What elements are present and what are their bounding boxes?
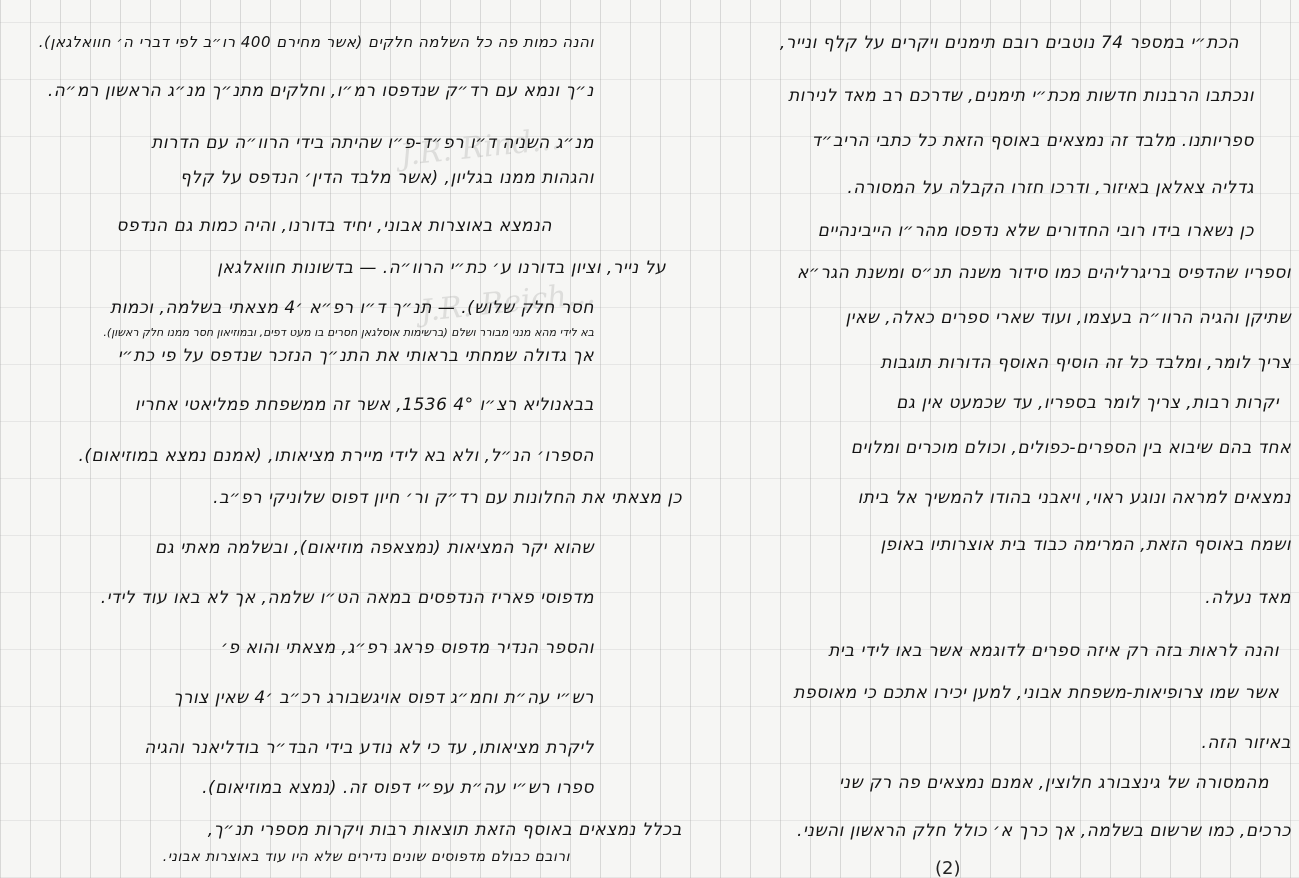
manuscript-line: אשר שמו צרופיאות-משפחת אבוני, למען יכירו… (793, 685, 1279, 702)
manuscript-line: שתיקן והגיה הרוו״ה בעצמו, ועוד שארי ספרי… (846, 310, 1291, 327)
manuscript-line: שהוא יקר המציאות (נמצאפה מוזיאום), ובשלמ… (155, 540, 594, 557)
left-page: J.R. Rind... J.R. Reich... והנה כמות פה … (0, 0, 690, 878)
manuscript-line: הנמצא באוצרות אבוני, יחיד בדורנו, והיה כ… (116, 218, 552, 235)
manuscript-line: יקרות רבות, צריך לומר בספריו, עד שכמעט א… (896, 395, 1279, 412)
manuscript-line: חסר חלק שלוש). — תנ״ך ד״ו רפ״א ׳4 מצאתי … (110, 300, 594, 317)
manuscript-line: הכת״י במספר 74 נוטבים רובם תימנים ויקרים… (780, 35, 1239, 52)
manuscript-line: מהמסורה של גינצבורג חלוצין, אמנם נמצאים … (839, 775, 1269, 792)
manuscript-line: ונכתבו הרבנות חדשות מכת״י תימנים, שדרכם … (788, 88, 1254, 105)
manuscript-line: נמצאים למראה ונוגע ראוי, ויאבני בהודו לה… (858, 490, 1291, 507)
manuscript-line: ליקרת מציאותו, עד כי לא נודע בידי הבד״ר … (144, 740, 594, 757)
manuscript-line: ורובם כבולם מדפוסים שונים נדירים שלא היו… (163, 850, 570, 864)
manuscript-line: אחד בהם שיבוא בין הספרים-כפולים, וכולם מ… (851, 440, 1291, 457)
manuscript-line: כן נשארו בידו רובי החדורים שלא נדפסו מהר… (818, 223, 1254, 240)
manuscript-line: מדפוסי פאריז הנדפסים במאה הט״ו שלמה, אך … (101, 590, 594, 607)
manuscript-line: רש״י עה״ת וחמ״ג דפוס אויגשבורג רכ״ב ׳4 ש… (173, 690, 594, 707)
manuscript-line: ספרו רש״י עה״ת עפ״י דפוס זה. (נמצא במוזי… (202, 780, 594, 797)
manuscript-line: בבאנוליא רצ״ו 4° 1536, אשר זה ממשפחת פמל… (135, 397, 594, 414)
manuscript-line-small: בא לידי מהא מנני מבורר ושלם (ברשימות אוס… (103, 327, 594, 338)
manuscript-line: מאד נעלה. (1205, 590, 1291, 607)
manuscript-line: כרכים, כמו שרשום בשלמה, אך כרך א׳ כולל ח… (797, 823, 1291, 840)
manuscript-line: ושמח באוסף הזאת, המרימה כבוד בית אוצרותי… (880, 537, 1291, 554)
manuscript-line: ספריותנו. מלבד זה נמצאים באוסף הזאת כל כ… (812, 133, 1254, 150)
manuscript-line: צריך לומר, ומלבד כל זה הוסיף האוסף הדורו… (880, 355, 1291, 372)
manuscript-line: באיזור הזה. (1201, 735, 1291, 752)
manuscript-line: הספרו׳ הנ״ל, ולא בא לידי מיירת מציאותו, … (78, 448, 594, 465)
manuscript-line: נ״ך ונמא עם רד״ק שנדפסו רמ״ו, וחלקים מתנ… (48, 83, 594, 100)
manuscript-line: והספר הנדיר מדפוס פראג רפ״ג, מצאתי והוא … (221, 640, 594, 657)
manuscript-line: והנה כמות פה כל השלמה חלקים (אשר מחירם 4… (39, 35, 594, 50)
manuscript-line: מנ״ג השניה ד״ו רפ״ד-פ״ו שהיתה בידי הרוו״… (151, 135, 594, 152)
page-number: (2) (935, 858, 961, 878)
manuscript-line: והגהות ממנו בגליון, (אשר מלבד הדין׳ הנדפ… (180, 170, 594, 187)
manuscript-line: על נייר, וציון בדורנו ע׳ כת״י הרוו״ה. — … (217, 260, 666, 277)
manuscript-line: וספריו שהדפיס בריגרליהים כמו סידור משנה … (797, 265, 1291, 282)
manuscript-line: והנה לראות בזה רק איזה ספרים לדוגמא אשר … (828, 643, 1279, 660)
manuscript-line: גדליה צאלאן באיזור, ודרכו חזרו הקבלה על … (847, 180, 1254, 197)
manuscript-line: כן מצאתי את החלונות עם רד״ק ור׳ חיון דפו… (213, 490, 682, 507)
right-page: הכת״י במספר 74 נוטבים רובם תימנים ויקרים… (690, 0, 1299, 878)
manuscript-line: בכלל נמצאים באוסף הזאת תוצאות רבות ויקרו… (208, 822, 682, 839)
manuscript-line: אך גדולה שמחתי בראותי את התנ״ך הנזכר שנד… (118, 348, 594, 365)
